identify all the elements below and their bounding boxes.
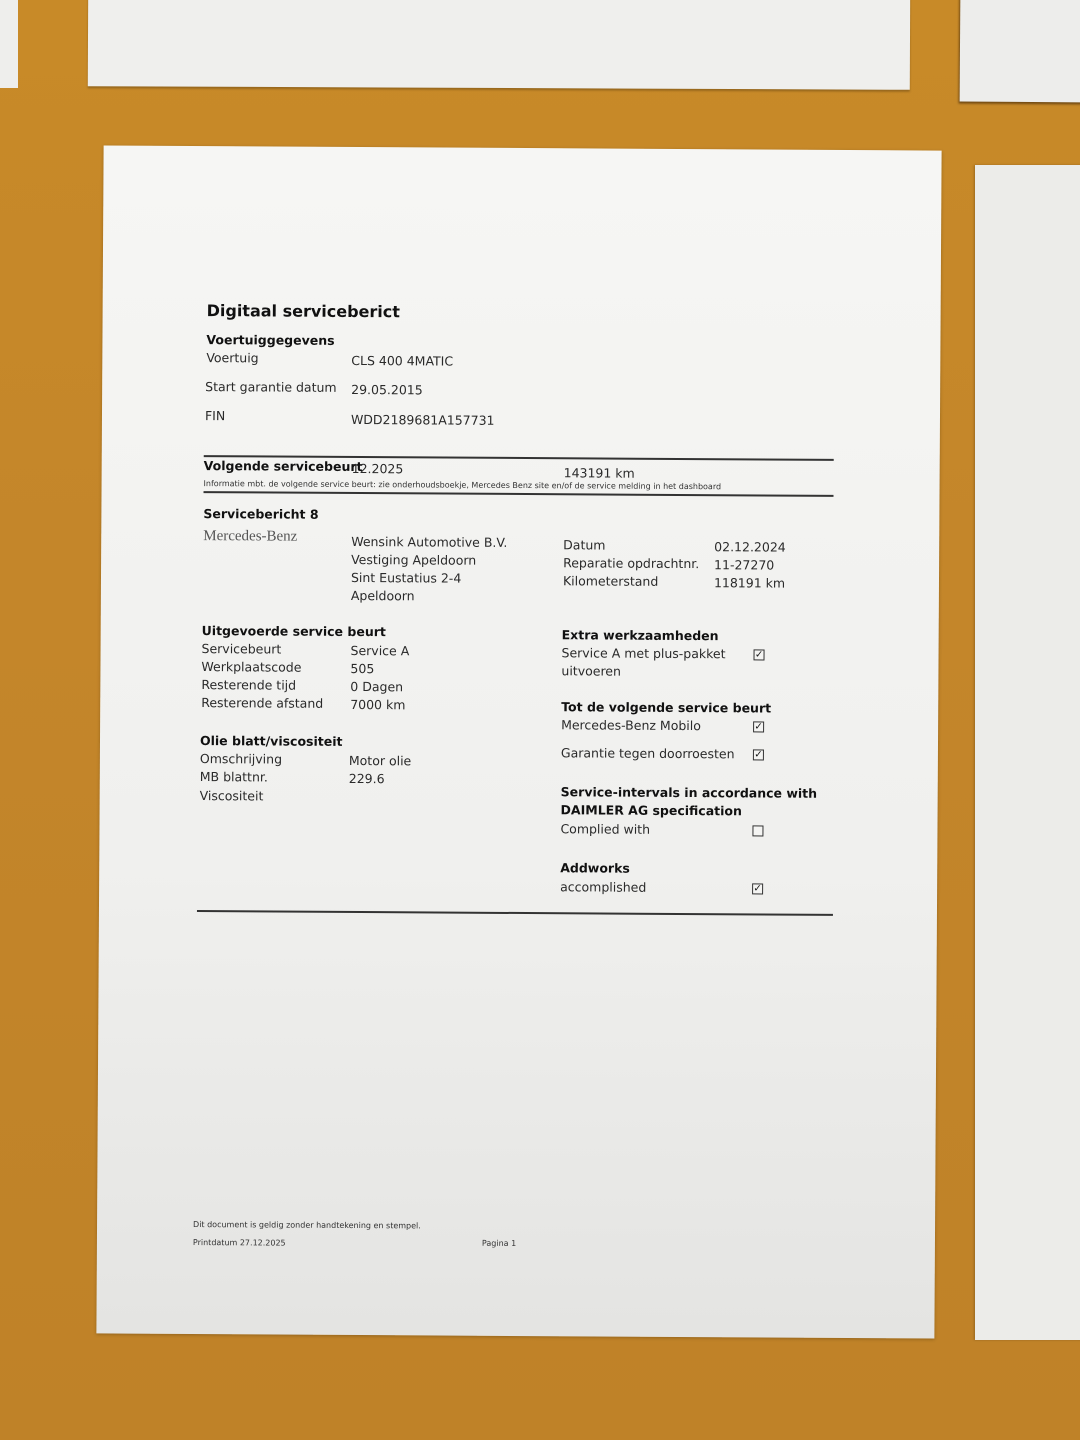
oil-spec-value: 229.6 bbox=[349, 771, 385, 786]
warranty-start-value: 29.05.2015 bbox=[351, 382, 423, 397]
divider bbox=[197, 910, 833, 916]
remaining-distance-value: 7000 km bbox=[350, 697, 405, 712]
brand-name: Mercedes-Benz bbox=[203, 528, 297, 546]
mobilo-label: Mercedes-Benz Mobilo bbox=[561, 717, 701, 733]
order-number-label: Reparatie opdrachtnr. bbox=[563, 555, 699, 571]
document-content: Digitaal serviceberict Voertuiggegevens … bbox=[96, 145, 941, 1338]
order-number-value: 11-27270 bbox=[714, 557, 774, 572]
next-service-date: 12.2025 bbox=[352, 461, 404, 476]
performed-heading: Uitgevoerde service beurt bbox=[202, 623, 386, 639]
vehicle-heading: Voertuiggegevens bbox=[206, 332, 334, 348]
dealer-line: Apeldoorn bbox=[351, 588, 415, 603]
workshop-code-value: 505 bbox=[350, 661, 374, 676]
addworks-heading: Addworks bbox=[560, 860, 630, 875]
page-title: Digitaal serviceberict bbox=[207, 301, 400, 321]
oil-description-value: Motor olie bbox=[349, 753, 411, 768]
divider bbox=[204, 491, 834, 497]
oil-spec-label: MB blattnr. bbox=[200, 769, 268, 784]
validity-note: Dit document is geldig zonder handtekeni… bbox=[193, 1220, 421, 1230]
mileage-value: 118191 km bbox=[714, 575, 785, 590]
dealer-line: Vestiging Apeldoorn bbox=[351, 552, 476, 568]
intervals-heading: Service-intervals in accordance with bbox=[561, 784, 817, 801]
next-service-km: 143191 km bbox=[564, 465, 635, 480]
fin-label: FIN bbox=[205, 408, 225, 423]
dealer-line: Sint Eustatius 2-4 bbox=[351, 570, 461, 586]
next-service-label: Volgende servicebeurt bbox=[204, 458, 363, 474]
complied-label: Complied with bbox=[560, 821, 650, 837]
remaining-distance-label: Resterende afstand bbox=[201, 695, 323, 711]
intervals-heading-cont: DAIMLER AG specification bbox=[561, 802, 742, 818]
service-type-label: Servicebeurt bbox=[202, 641, 282, 656]
accomplished-label: accomplished bbox=[560, 879, 646, 895]
extra-work-heading: Extra werkzaamheden bbox=[562, 627, 719, 643]
date-value: 02.12.2024 bbox=[714, 539, 786, 554]
warranty-start-label: Start garantie datum bbox=[205, 379, 337, 395]
date-label: Datum bbox=[563, 537, 605, 552]
mobilo-checkbox[interactable]: ✓ bbox=[753, 721, 764, 732]
background-paper: Print bbox=[960, 0, 1080, 102]
vehicle-label: Voertuig bbox=[206, 350, 258, 365]
vehicle-value: CLS 400 4MATIC bbox=[351, 353, 453, 369]
fin-value: WDD2189681A157731 bbox=[351, 412, 495, 428]
next-service-info: Informatie mbt. de volgende service beur… bbox=[204, 479, 722, 491]
extra-work-item: Service A met plus-pakket bbox=[562, 645, 726, 661]
service-report-heading: Servicebericht 8 bbox=[203, 506, 318, 522]
workshop-code-label: Werkplaatscode bbox=[201, 659, 301, 675]
viscosity-label: Viscositeit bbox=[200, 788, 264, 803]
page-number: Pagina 1 bbox=[482, 1239, 516, 1248]
dealer-line: Wensink Automotive B.V. bbox=[351, 534, 507, 550]
oil-heading: Olie blatt/viscositeit bbox=[200, 733, 343, 749]
until-next-heading: Tot de volgende service beurt bbox=[561, 699, 771, 715]
service-type-value: Service A bbox=[351, 643, 410, 658]
rust-warranty-checkbox[interactable]: ✓ bbox=[753, 749, 764, 760]
background-paper bbox=[0, 0, 18, 88]
remaining-time-value: 0 Dagen bbox=[350, 679, 403, 694]
extra-work-item-cont: uitvoeren bbox=[561, 663, 621, 678]
oil-description-label: Omschrijving bbox=[200, 751, 282, 767]
mileage-label: Kilometerstand bbox=[563, 573, 658, 589]
complied-checkbox[interactable] bbox=[752, 825, 763, 836]
rust-warranty-label: Garantie tegen doorroesten bbox=[561, 745, 735, 761]
remaining-time-label: Resterende tijd bbox=[201, 677, 296, 693]
extra-work-checkbox[interactable]: ✓ bbox=[754, 649, 765, 660]
print-date: Printdatum 27.12.2025 bbox=[193, 1238, 286, 1248]
background-paper bbox=[975, 165, 1080, 1340]
accomplished-checkbox[interactable]: ✓ bbox=[752, 883, 763, 894]
background-paper bbox=[88, 0, 910, 90]
